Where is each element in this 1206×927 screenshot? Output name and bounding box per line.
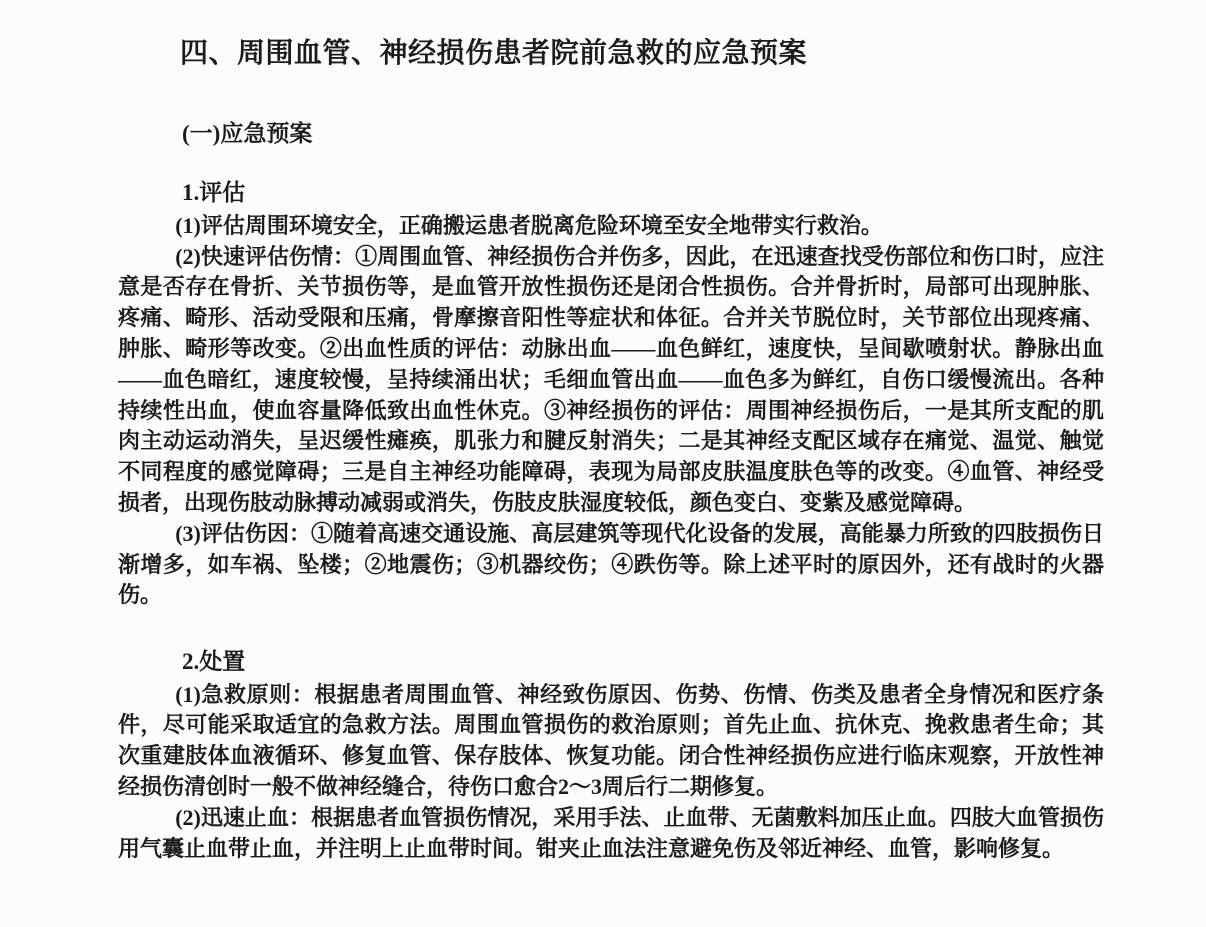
paragraph-treatment-principles: (1)急救原则：根据患者周围血管、神经致伤原因、伤势、伤情、伤类及患者全身情况和… [118, 680, 1104, 803]
subsection-heading-treatment: 2.处置 [182, 649, 1104, 675]
paragraph-assessment-injury: (2)快速评估伤情：①周围血管、神经损伤合并伤多，因此，在迅速查找受伤部位和伤口… [118, 242, 1104, 519]
paragraph-assessment-environment: (1)评估周围环境安全，正确搬运患者脱离危险环境至安全地带实行救治。 [118, 211, 1104, 242]
document-page: 四、周围血管、神经损伤患者院前急救的应急预案 (一)应急预案 1.评估 (1)评… [0, 0, 1206, 927]
paragraph-treatment-hemostasis: (2)迅速止血：根据患者血管损伤情况，采用手法、止血带、无菌敷料加压止血。四肢大… [118, 803, 1104, 865]
section-heading-emergency-plan: (一)应急预案 [182, 121, 1104, 147]
paragraph-assessment-cause: (3)评估伤因：①随着高速交通设施、高层建筑等现代化设备的发展，高能暴力所致的四… [118, 519, 1104, 611]
page-title: 四、周围血管、神经损伤患者院前急救的应急预案 [180, 36, 1104, 71]
subsection-heading-assessment: 1.评估 [182, 180, 1104, 206]
